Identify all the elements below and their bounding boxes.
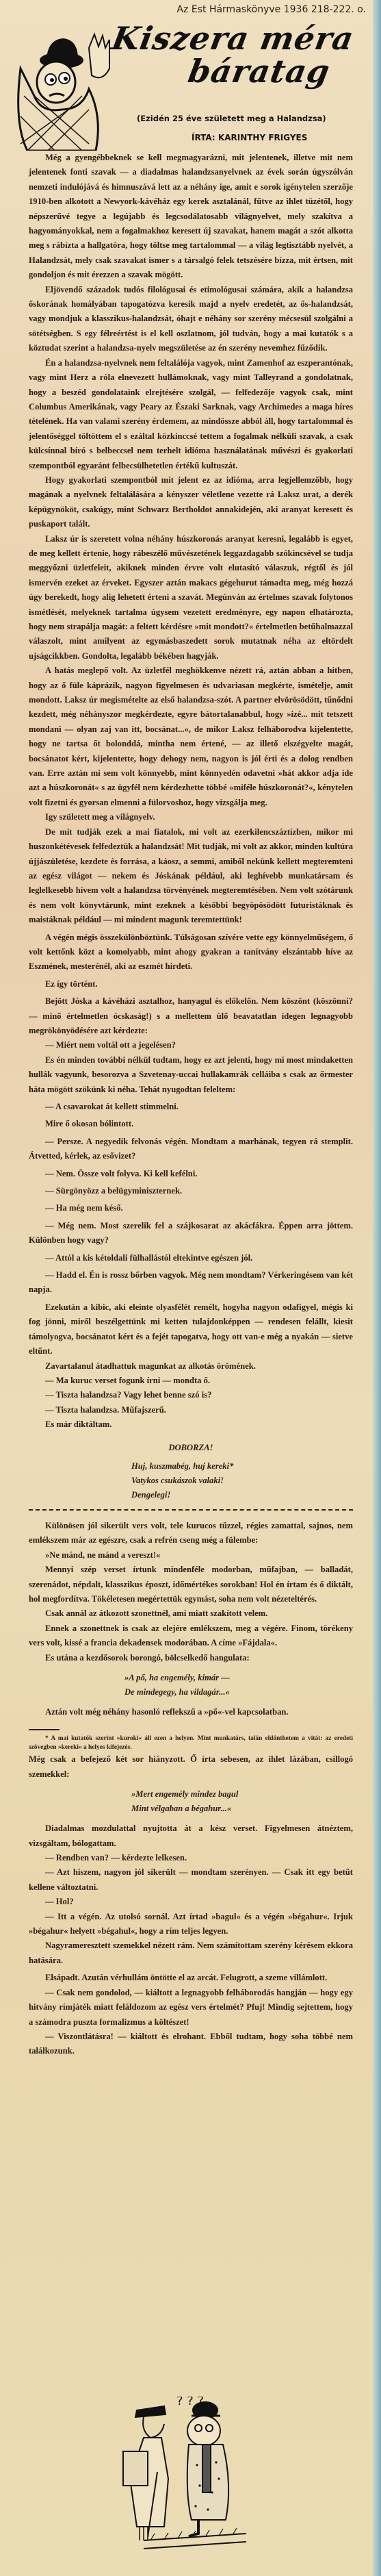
- paragraph: Elsápadt. Azután vérhullám öntötte el az…: [29, 1971, 353, 1985]
- dialogue-line: — Azt hiszem, nagyon jól sikerült — mond…: [29, 1865, 353, 1895]
- paragraph: Különösen jól sikerült vers volt, tele k…: [29, 1519, 353, 1548]
- article-body: Még a gyengébbeknek se kell megmagyarázn…: [29, 151, 353, 2059]
- paragraph: De mit tudják ezek a mai fiatalok, mi vo…: [29, 825, 353, 928]
- paragraph: A hatás meglepő volt. Az üzletfél meghök…: [29, 664, 353, 810]
- source-citation: Az Est Hármaskönyve 1936 218-222. o.: [176, 4, 366, 15]
- paragraph: Eljövendő századok tudós filológusai és …: [29, 283, 353, 356]
- poem-line: Huj, kuszmabég, huj kereki*: [131, 1459, 353, 1474]
- dialogue-line: — Rendben van? — kérdezte lelkesen.: [29, 1851, 353, 1865]
- paragraph: Bejött Jóska a kávéházi asztalhoz, hanya…: [29, 994, 353, 1038]
- refrain-line: »Ne mánd, ne mánd a vereszt!«: [29, 1548, 353, 1563]
- paragraph: Es utána a kezdősorok borongó, bölcselke…: [29, 1651, 353, 1665]
- dialogue-line: — Viszontlátásra! — kiáltott és elrohant…: [29, 2030, 353, 2059]
- dialogue-line: — Hadd el. Én is rossz bőrben vagyok. Mé…: [29, 1268, 353, 1298]
- paragraph: Még csak a befejező két sor hiányzott. Ő…: [29, 1752, 353, 1782]
- poem-line: De mindegegy, ha vildagár...«: [124, 1685, 353, 1700]
- paragraph: Igy született meg a világnyelv.: [29, 810, 353, 824]
- dialogue-line: — Itt a végén. Az utolsó sornál. Azt írt…: [29, 1910, 353, 1939]
- two-men-conversation-illustration-icon: ? ? ?: [103, 2397, 267, 2554]
- poem-kuruc: Huj, kuszmabég, huj kereki* Vatykos csuk…: [131, 1459, 353, 1502]
- paragraph: Ezekután a kibic, aki eleinte olyasfélét…: [29, 1300, 353, 1359]
- paragraph: Diadalmas mozdulattal nyujtotta át a kés…: [29, 1821, 353, 1851]
- dialogue-line: — Persze. A negyedik felvonás végén. Mon…: [29, 1135, 353, 1164]
- footnote-rule: [29, 1729, 60, 1730]
- poem-line: Dengelegi!: [131, 1488, 353, 1502]
- dialogue-line: — Még nem. Most szerelik fel a szájkosar…: [29, 1219, 353, 1248]
- paragraph: Ennek a szonettnek is csak az elejére em…: [29, 1621, 353, 1651]
- poem-sonnet-opening: »A pő, ha engemély, kimár — De mindegegy…: [124, 1671, 353, 1700]
- paragraph: Nagyrameresztett szemekkel nézett rám. N…: [29, 1939, 353, 1968]
- paragraph: Zavartalanul átadhattuk magunkat az alko…: [29, 1359, 353, 1374]
- dialogue-line: — Csak nem gondolod, — kiáltott a legnag…: [29, 1986, 353, 2030]
- paragraph: A végén mégis összekülönböztünk. Túlságo…: [29, 931, 353, 974]
- author-byline: ÍRTA: KARINTHY FRIGYES: [192, 133, 307, 142]
- article-subtitle: (Ezidén 25 éve született meg a Halandzsa…: [137, 114, 326, 123]
- dashed-divider: [29, 1509, 353, 1511]
- dialogue-line: — A csavarokat át kellett stimmelni.: [29, 1100, 353, 1114]
- dialogue-line: — Tiszta halandzsa. Műfajszerű.: [29, 1403, 353, 1417]
- paragraph: Laksz úr is szeretett volna néhány húszk…: [29, 532, 353, 664]
- dialogue-line: — Miért nem voltál ott a jegelésen?: [29, 1038, 353, 1052]
- article-title: Kiszera méra báratag: [104, 22, 357, 88]
- poem-line: Vatykos csukászok valaki!: [131, 1474, 353, 1488]
- poem-line: »A pő, ha engemély, kimár —: [124, 1671, 353, 1685]
- footnote: * A mai kutatók szerint »kuroki« áll eze…: [29, 1734, 353, 1752]
- paragraph: Es már diktáltam.: [29, 1417, 353, 1432]
- dialogue-line: — Tiszta halandzsa? Vagy lehet benne szó…: [29, 1388, 353, 1402]
- paragraph: Es én minden további nélkül tudtam, hogy…: [29, 1053, 353, 1097]
- dialogue-line: — Sürgönyözz a belügyminiszternek.: [29, 1184, 353, 1198]
- page-edge: [373, 0, 381, 2576]
- dialogue-line: — Ha még nem késő.: [29, 1201, 353, 1215]
- poem-title: DOBORZA!: [29, 1441, 353, 1455]
- paragraph: Hogy gyakorlati szempontból mit jelent e…: [29, 473, 353, 532]
- dialogue-line: — Attól a kis kétoldali fülhallástól elt…: [29, 1251, 353, 1265]
- svg-text:? ? ?: ? ? ?: [176, 2397, 204, 2408]
- man-with-bowler-hat-illustration-icon: [7, 27, 116, 151]
- poem-sonnet-ending: »Mert engemély mindez bagul Mint vélgaba…: [131, 1787, 353, 1816]
- poem-line: Mint vélgaban a bégahur...«: [131, 1802, 353, 1816]
- paragraph: Mennyi szép verset írtunk mindenféle mod…: [29, 1563, 353, 1606]
- paragraph: Aztán volt még néhány hasonló reflekszű …: [29, 1705, 353, 1719]
- paragraph: Ez így történt.: [29, 977, 353, 992]
- article-header: Kiszera méra báratag (Ezidén 25 éve szül…: [0, 18, 373, 141]
- paragraph: Én a halandzsa-nyelvnek nem feltalálója …: [29, 356, 353, 473]
- dialogue-line: — Ma kuruc verset fogunk írni — mondta ő…: [29, 1374, 353, 1388]
- paragraph: Mire ő okosan bólintott.: [29, 1117, 353, 1131]
- dialogue-line: — Nem. Össze volt folyva. Ki kell keféln…: [29, 1167, 353, 1181]
- poem-line: »Mert engemély mindez bagul: [131, 1787, 353, 1802]
- paragraph: Még a gyengébbeknek se kell megmagyarázn…: [29, 151, 353, 283]
- dialogue-line: — Hol?: [29, 1895, 353, 1909]
- paragraph: Csak annál az átkozott szonettnél, ami m…: [29, 1606, 353, 1621]
